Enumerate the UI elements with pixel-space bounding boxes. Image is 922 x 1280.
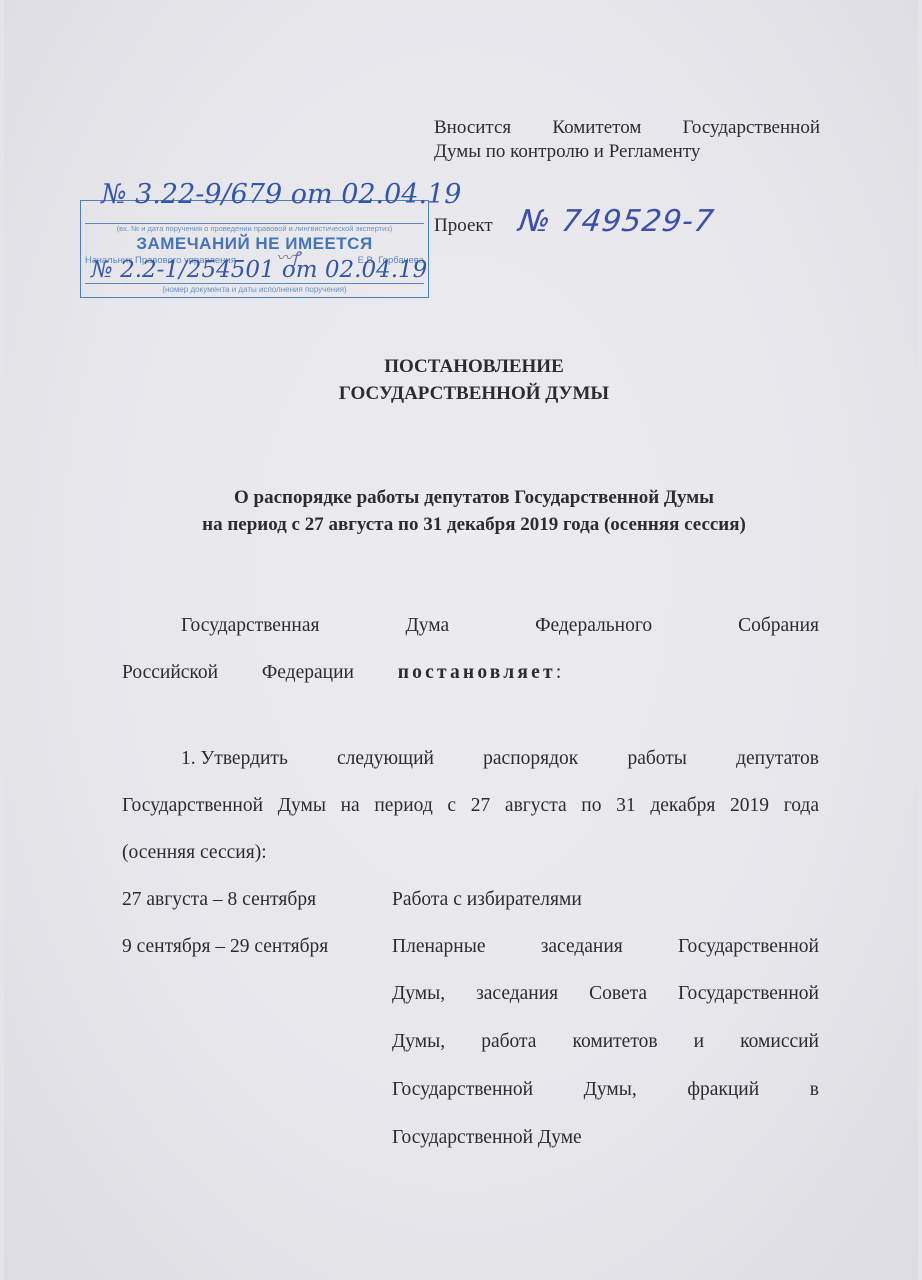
schedule-dates: 27 августа – 8 сентября [122,888,316,912]
subject-line-2: на период с 27 августа по 31 декабря 201… [4,514,922,536]
schedule-dates: 9 сентября – 29 сентября [122,935,328,959]
schedule-description-line: Думы, заседания Совета Государственной [392,982,819,1006]
item1-line-3: (осенняя сессия): [122,841,267,865]
schedule-description-line: Думы, работа комитетов и комиссий [392,1030,819,1054]
item-word: депутатов [736,747,819,771]
document-page: Вносится Комитетом Государственной Думы … [4,0,918,1280]
preamble-word: Собрания [738,614,819,638]
schedule-description-line: Пленарные заседания Государственной [392,935,819,959]
preamble-word: Федерального [535,614,652,638]
schedule-description-line: Государственной Думы, фракций в [392,1078,819,1102]
document-type-subtitle: ГОСУДАРСТВЕННОЙ ДУМЫ [4,383,922,405]
document-type-title: ПОСТАНОВЛЕНИЕ [4,356,922,378]
subject-line-1: О распорядке работы депутатов Государств… [4,487,922,509]
preamble-word: Российской [122,662,218,683]
stamp-handwritten-outgoing: № 2.2-1/254501 от 02.04.19 [91,257,427,283]
preamble-word: Дума [405,614,449,638]
submitter-line-2: Думы по контролю и Регламенту [434,140,820,164]
preamble-line-2: Российской Федерации постановляет: [122,661,561,685]
project-label: Проект [434,215,493,237]
approval-stamp: № 3.22-9/679 от 02.04.19 (вх. № и дата п… [80,200,429,298]
item-word: распорядок [483,747,578,771]
schedule-description: Работа с избирателями [392,888,819,912]
stamp-handwritten-incoming: № 3.22-9/679 от 02.04.19 [101,179,461,210]
decree-word: постановляет [398,662,556,683]
submitter-block: Вносится Комитетом Государственной Думы … [434,116,820,164]
stamp-divider [85,283,424,284]
preamble-line-1: Государственная Дума Федерального Собран… [181,614,819,638]
item1-line-2: Государственной Думы на период с 27 авгу… [122,794,819,818]
stamp-caption-bottom: (номер документа и даты исполнения поруч… [81,285,428,294]
submitter-line-1: Вносится Комитетом Государственной [434,116,820,140]
stamp-caption-top: (вх. № и дата поручения о проведении пра… [81,224,428,233]
preamble-word: Государственная [181,614,319,638]
item-word: следующий [337,747,434,771]
item-word: 1. Утвердить [181,747,288,771]
project-number-handwritten: № 749529-7 [517,204,717,239]
item-word: работы [627,747,686,771]
decree-colon: : [556,662,561,683]
preamble-word: Федерации [262,662,354,683]
item1-line-1: 1. Утвердить следующий распорядок работы… [181,747,819,771]
schedule-description-line: Государственной Думе [392,1126,819,1150]
stamp-main-text: ЗАМЕЧАНИЙ НЕ ИМЕЕТСЯ [81,234,428,254]
